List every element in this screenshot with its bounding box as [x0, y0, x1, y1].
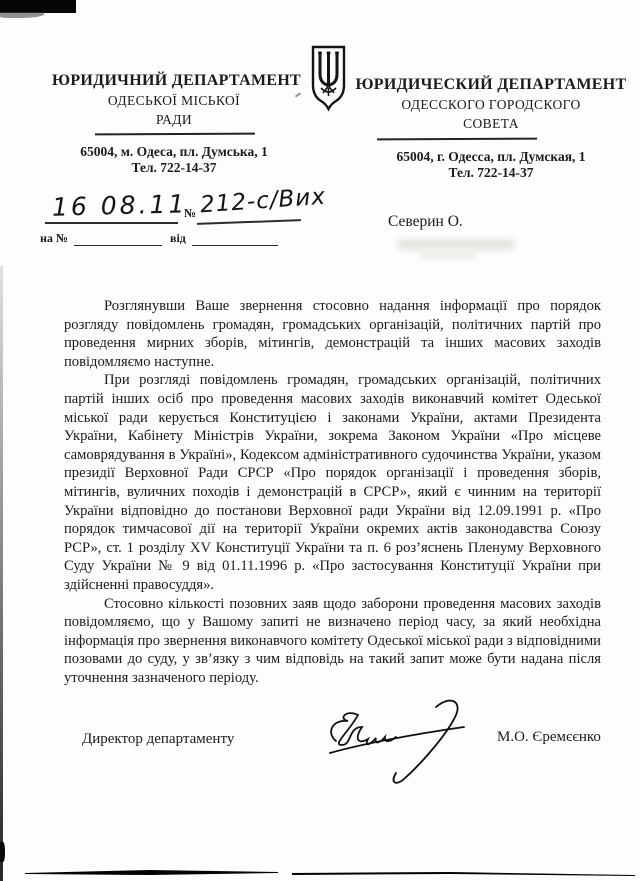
number-underline — [197, 219, 301, 225]
reply-number-blank — [74, 234, 162, 246]
reply-reference-row: на №від — [40, 231, 278, 246]
handwritten-outgoing-number: 212-с/Вих — [199, 184, 326, 219]
paragraph-3: Стосовно кількості позовних заяв щодо за… — [64, 595, 601, 688]
from-label: від — [170, 231, 186, 245]
scan-artifact-top-left-fragment — [0, 12, 44, 18]
recipient-name: Северин О. — [388, 213, 463, 231]
department-title-ru: ЮРИДИЧЕСКИЙ ДЕПАРТАМЕНТ — [352, 76, 630, 94]
divider-ru — [377, 138, 537, 141]
department-title-uk: ЮРИДИЧНИЙ ДЕПАРТАМЕНТ — [52, 72, 296, 90]
phone-ru: Тел. 722-14-37 — [352, 165, 630, 181]
redacted-text-smudge-2 — [420, 253, 476, 258]
org-line1-ru: ОДЕССКОГО ГОРОДСКОГО — [352, 97, 630, 113]
scan-artifact-bottom-line — [0, 866, 640, 880]
letter-body: Розглянувши Ваше звернення стосовно нада… — [64, 297, 601, 687]
ukraine-trident-icon — [309, 44, 348, 114]
org-line1-uk: ОДЕСЬКОЇ МІСЬКОЇ — [52, 93, 296, 109]
address-uk: 65004, м. Одеса, пл. Думська, 1 — [52, 144, 296, 160]
address-block-ru: 65004, г. Одесса, пл. Думская, 1 Тел. 72… — [352, 149, 630, 181]
paragraph-2: При розгляді повідомлень громадян, грома… — [64, 371, 601, 594]
org-line2-ru: СОВЕТА — [352, 116, 630, 132]
paragraph-1: Розглянувши Ваше звернення стосовно нада… — [64, 297, 601, 371]
redacted-text-smudge — [398, 239, 514, 250]
signer-position: Директор департаменту — [82, 731, 234, 748]
divider-uk — [95, 133, 255, 136]
letterhead-ukrainian: ЮРИДИЧНИЙ ДЕПАРТАМЕНТ ОДЕСЬКОЇ МІСЬКОЇ Р… — [52, 72, 296, 128]
letterhead-russian: ЮРИДИЧЕСКИЙ ДЕПАРТАМЕНТ ОДЕССКОГО ГОРОДС… — [352, 76, 630, 132]
reply-label: на № — [40, 231, 68, 245]
scan-artifact-left-blob — [0, 842, 5, 862]
signer-name: М.О. Єремєєнко — [497, 729, 601, 746]
signature — [318, 693, 468, 787]
from-date-blank — [192, 234, 278, 246]
address-block-uk: 65004, м. Одеса, пл. Думська, 1 Тел. 722… — [52, 144, 296, 176]
date-underline — [45, 222, 178, 224]
phone-uk: Тел. 722-14-37 — [52, 160, 296, 176]
address-ru: 65004, г. Одесса, пл. Думская, 1 — [352, 149, 630, 165]
org-line2-uk: РАДИ — [52, 112, 296, 128]
number-sign: № — [184, 206, 196, 221]
handwritten-date: 16 08.11 — [52, 189, 188, 222]
scanned-letter-page: ЮРИДИЧНИЙ ДЕПАРТАМЕНТ ОДЕСЬКОЇ МІСЬКОЇ Р… — [0, 0, 640, 881]
scan-artifact-left-edge — [0, 266, 3, 881]
